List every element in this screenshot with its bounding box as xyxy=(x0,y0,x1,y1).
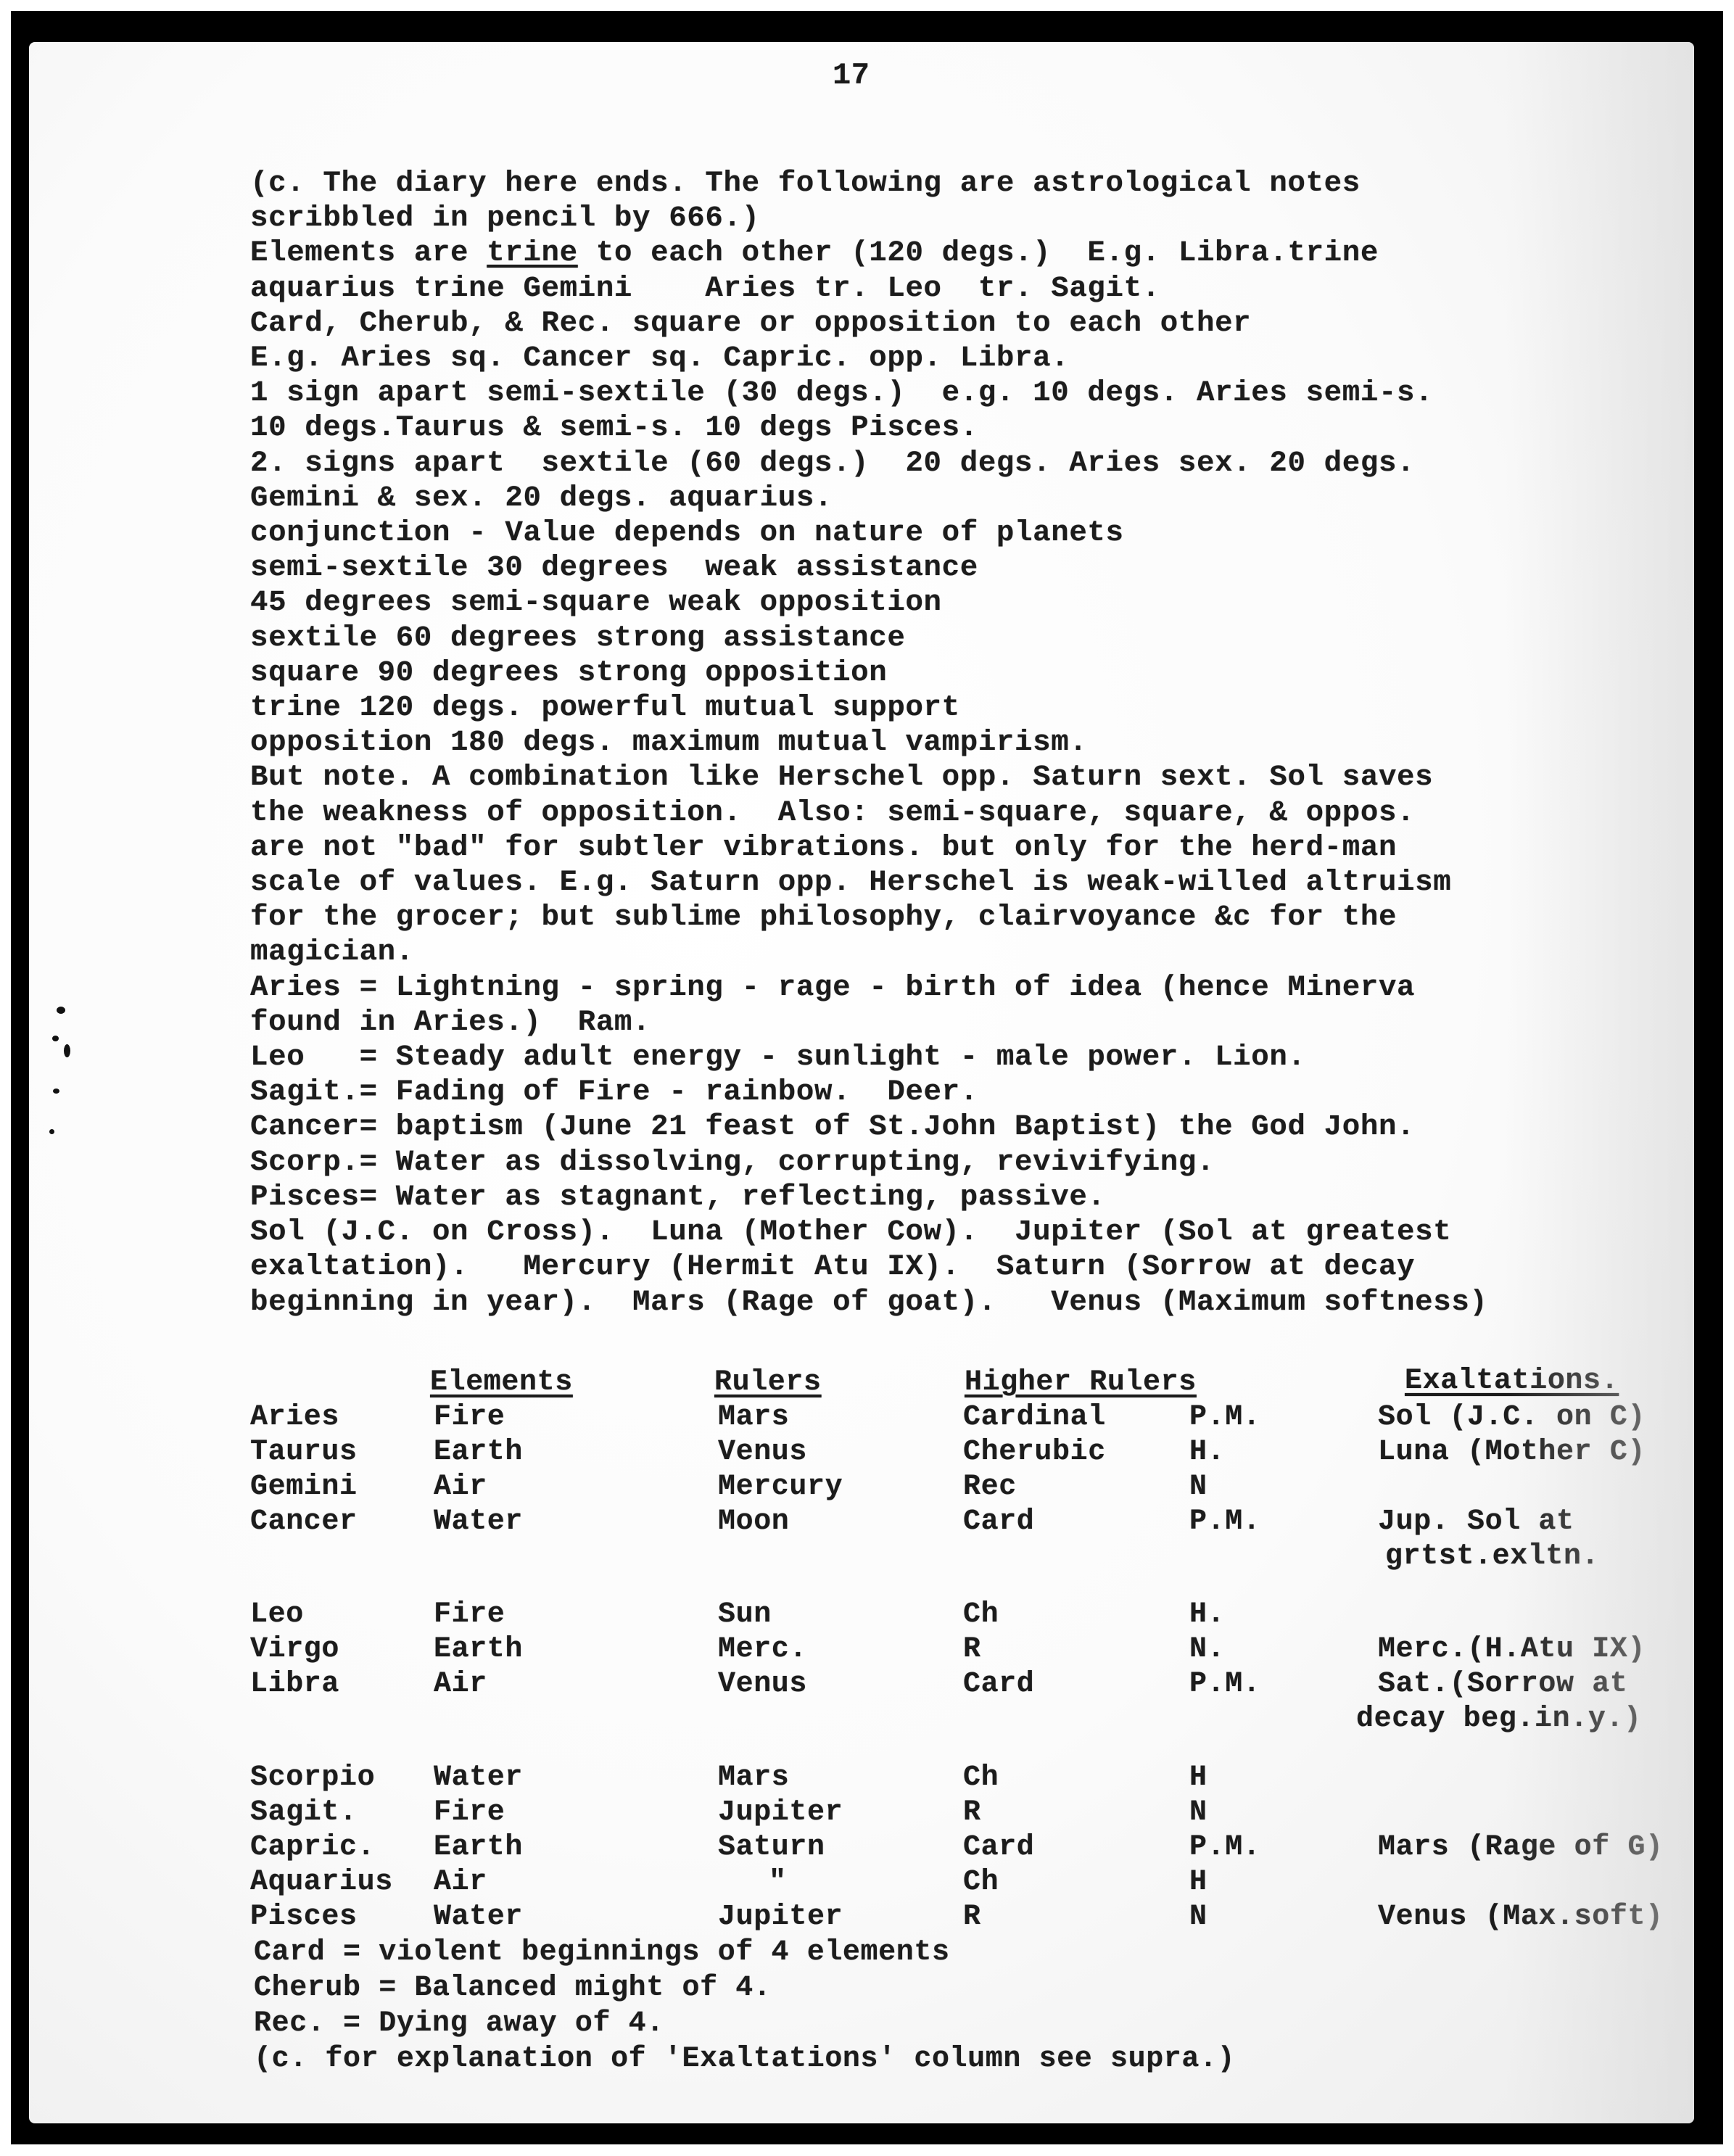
table-cell-higher: R xyxy=(963,1900,981,1935)
margin-speck xyxy=(52,1036,59,1041)
table-cell-abbr: H xyxy=(1189,1865,1207,1900)
table-cell-higher: Ch xyxy=(963,1598,999,1632)
table-cell-element: Air xyxy=(434,1865,487,1900)
table-cell-abbr: H xyxy=(1189,1761,1207,1796)
table-cell-element: Fire xyxy=(434,1598,505,1632)
table-cell-exaltation: Sat.(Sorrow at xyxy=(1378,1667,1627,1702)
table-cell-element: Earth xyxy=(434,1632,523,1667)
header-elements: Elements xyxy=(430,1366,573,1400)
table-cell-abbr: N xyxy=(1189,1796,1207,1830)
note-line: (c. for explanation of 'Exaltations' col… xyxy=(254,2041,1235,2077)
table-cell-exaltation-cont: grtst.exltn. xyxy=(1385,1540,1599,1574)
table-cell-sign: Aquarius xyxy=(250,1865,393,1900)
table-cell-element: Water xyxy=(434,1505,523,1540)
table-cell-abbr: P.M. xyxy=(1189,1667,1260,1702)
table-cell-higher: Ch xyxy=(963,1761,999,1796)
table-cell-sign: Taurus xyxy=(250,1435,358,1470)
table-cell-abbr: H. xyxy=(1189,1598,1225,1632)
table-cell-ruler: Saturn xyxy=(718,1830,825,1865)
header-higher-rulers: Higher Rulers xyxy=(965,1366,1197,1400)
table-cell-higher: Card xyxy=(963,1667,1034,1702)
table-cell-higher: Cardinal xyxy=(963,1400,1106,1435)
table-cell-higher: Card xyxy=(963,1830,1034,1865)
table-cell-exaltation-cont: decay beg.in.y.) xyxy=(1356,1702,1642,1737)
table-cell-ruler: Merc. xyxy=(718,1632,807,1667)
table-cell-exaltation: Venus (Max.soft) xyxy=(1378,1900,1664,1935)
table-cell-exaltation: Luna (Mother C) xyxy=(1378,1435,1646,1470)
table-cell-sign: Cancer xyxy=(250,1505,358,1540)
table-cell-sign: Scorpio xyxy=(250,1761,375,1796)
table-cell-ruler: Venus xyxy=(718,1435,807,1470)
table-cell-element: Air xyxy=(434,1470,487,1505)
table-cell-element: Water xyxy=(434,1761,523,1796)
footnotes: Card = violent beginnings of 4 elementsC… xyxy=(254,1935,1235,2077)
table-cell-abbr: N xyxy=(1189,1900,1207,1935)
note-line: Rec. = Dying away of 4. xyxy=(254,2006,1235,2041)
table-cell-higher: Card xyxy=(963,1505,1034,1540)
margin-speck xyxy=(64,1044,70,1057)
header-exaltations: Exaltations. xyxy=(1405,1364,1619,1399)
table-cell-sign: Sagit. xyxy=(250,1796,358,1830)
table-cell-exaltation: Mars (Rage of G) xyxy=(1378,1830,1664,1865)
table-cell-abbr: P.M. xyxy=(1189,1400,1260,1435)
margin-speck xyxy=(53,1089,59,1094)
table-cell-element: Fire xyxy=(434,1400,505,1435)
table-cell-sign: Libra xyxy=(250,1667,339,1702)
table-cell-element: Water xyxy=(434,1900,523,1935)
table-cell-sign: Gemini xyxy=(250,1470,358,1505)
table-cell-ruler: Venus xyxy=(718,1667,807,1702)
table-cell-exaltation: Sol (J.C. on C) xyxy=(1378,1400,1646,1435)
table-cell-abbr: H. xyxy=(1189,1435,1225,1470)
table-cell-higher: Cherubic xyxy=(963,1435,1106,1470)
table-cell-sign: Virgo xyxy=(250,1632,339,1667)
table-cell-higher: Rec xyxy=(963,1470,1017,1505)
table-cell-sign: Leo xyxy=(250,1598,304,1632)
header-rulers: Rulers xyxy=(714,1366,822,1400)
table-cell-element: Fire xyxy=(434,1796,505,1830)
table-cell-sign: Capric. xyxy=(250,1830,375,1865)
table-cell-element: Earth xyxy=(434,1830,523,1865)
table-cell-ruler: Moon xyxy=(718,1505,789,1540)
table-cell-sign: Aries xyxy=(250,1400,339,1435)
table-cell-abbr: P.M. xyxy=(1189,1830,1260,1865)
table-cell-higher: R xyxy=(963,1632,981,1667)
table-cell-ruler: Sun xyxy=(718,1598,772,1632)
margin-speck xyxy=(49,1129,54,1134)
table-cell-ruler: Jupiter xyxy=(718,1900,843,1935)
typewritten-page: 17 (c. The diary here ends. The followin… xyxy=(29,42,1694,2123)
zodiac-table: Elements Rulers Higher Rulers Exaltation… xyxy=(29,42,1694,2123)
table-cell-ruler: Mars xyxy=(718,1761,789,1796)
table-cell-sign: Pisces xyxy=(250,1900,358,1935)
table-cell-abbr: N. xyxy=(1189,1632,1225,1667)
table-cell-ruler: Mars xyxy=(718,1400,789,1435)
table-cell-higher: R xyxy=(963,1796,981,1830)
table-cell-exaltation: Merc.(H.Atu IX) xyxy=(1378,1632,1646,1667)
table-cell-higher: Ch xyxy=(963,1865,999,1900)
margin-speck xyxy=(57,1007,65,1014)
table-cell-ruler: Jupiter xyxy=(718,1796,843,1830)
table-cell-ruler: " xyxy=(769,1865,787,1900)
table-cell-abbr: P.M. xyxy=(1189,1505,1260,1540)
note-line: Cherub = Balanced might of 4. xyxy=(254,1970,1235,2006)
table-cell-exaltation: Jup. Sol at xyxy=(1378,1505,1574,1540)
note-line: Card = violent beginnings of 4 elements xyxy=(254,1935,1235,1970)
table-cell-element: Earth xyxy=(434,1435,523,1470)
table-cell-abbr: N xyxy=(1189,1470,1207,1505)
table-cell-ruler: Mercury xyxy=(718,1470,843,1505)
table-cell-element: Air xyxy=(434,1667,487,1702)
